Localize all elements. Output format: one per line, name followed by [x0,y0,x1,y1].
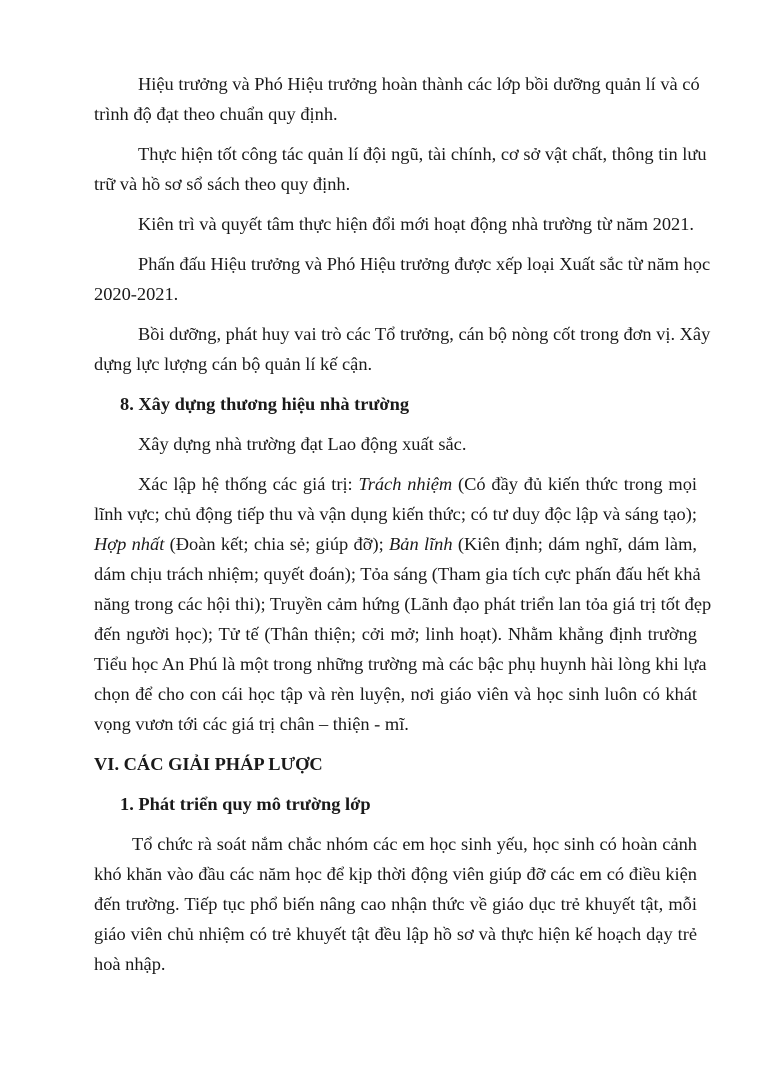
paragraph-line: trữ và hồ sơ sổ sách theo quy định. [94,173,350,195]
paragraph-line: dám chịu trách nhiệm; quyết đoán); Tỏa s… [94,563,697,585]
paragraph-line: vọng vươn tới các giá trị chân – thiện -… [94,713,409,735]
section-heading-8: 8. Xây dựng thương hiệu nhà trường [120,393,409,415]
text-run: (Kiên định; dám nghĩ, dám làm, [453,534,697,554]
document-page: Hiệu trưởng và Phó Hiệu trưởng hoàn thàn… [0,0,764,1080]
paragraph-line: chọn để cho con cái học tập và rèn luyện… [94,683,697,705]
text-run: (Có đầy đủ kiến thức trong mọi [452,474,697,494]
text-run: Xác lập hệ thống các giá trị: [138,474,358,494]
section-heading-1: 1. Phát triển quy mô trường lớp [120,793,371,815]
paragraph-line: giáo viên chủ nhiệm có trẻ khuyết tật đề… [94,923,697,945]
chapter-heading-vi: VI. CÁC GIẢI PHÁP LƯỢC [94,753,323,775]
paragraph-line: Tổ chức rà soát nắm chắc nhóm các em học… [132,833,697,855]
paragraph-line: 2020-2021. [94,283,178,305]
paragraph-line: hoà nhập. [94,953,166,975]
paragraph-line: năng trong các hội thi); Truyền cảm hứng… [94,593,697,615]
paragraph-line: đến người học); Tử tế (Thân thiện; cởi m… [94,623,697,645]
text-run: (Đoàn kết; chia sẻ; giúp đỡ); [164,534,389,554]
paragraph-line: Tiểu học An Phú là một trong những trườn… [94,653,697,675]
paragraph-line: Xác lập hệ thống các giá trị: Trách nhiệ… [138,473,697,495]
paragraph-line: khó khăn vào đầu các năm học để kịp thời… [94,863,697,885]
paragraph-line: Xây dựng nhà trường đạt Lao động xuất sắ… [138,433,466,455]
paragraph-line: đến trường. Tiếp tục phổ biến nâng cao n… [94,893,697,915]
paragraph-line: Bồi dưỡng, phát huy vai trò các Tổ trưởn… [138,323,697,345]
paragraph-line: Hợp nhất (Đoàn kết; chia sẻ; giúp đỡ); B… [94,533,697,555]
emphasis-ban-linh: Bản lĩnh [389,534,453,554]
paragraph-line: Thực hiện tốt công tác quản lí đội ngũ, … [138,143,697,165]
paragraph-line: Phấn đấu Hiệu trưởng và Phó Hiệu trưởng … [138,253,697,275]
paragraph-line: Kiên trì và quyết tâm thực hiện đổi mới … [138,213,694,235]
emphasis-trach-nhiem: Trách nhiệm [358,474,452,494]
paragraph-line: trình độ đạt theo chuẩn quy định. [94,103,338,125]
paragraph-line: dựng lực lượng cán bộ quản lí kế cận. [94,353,372,375]
paragraph-line: Hiệu trưởng và Phó Hiệu trưởng hoàn thàn… [138,73,697,95]
paragraph-line: lĩnh vực; chủ động tiếp thu và vận dụng … [94,503,697,525]
emphasis-hop-nhat: Hợp nhất [94,534,164,554]
